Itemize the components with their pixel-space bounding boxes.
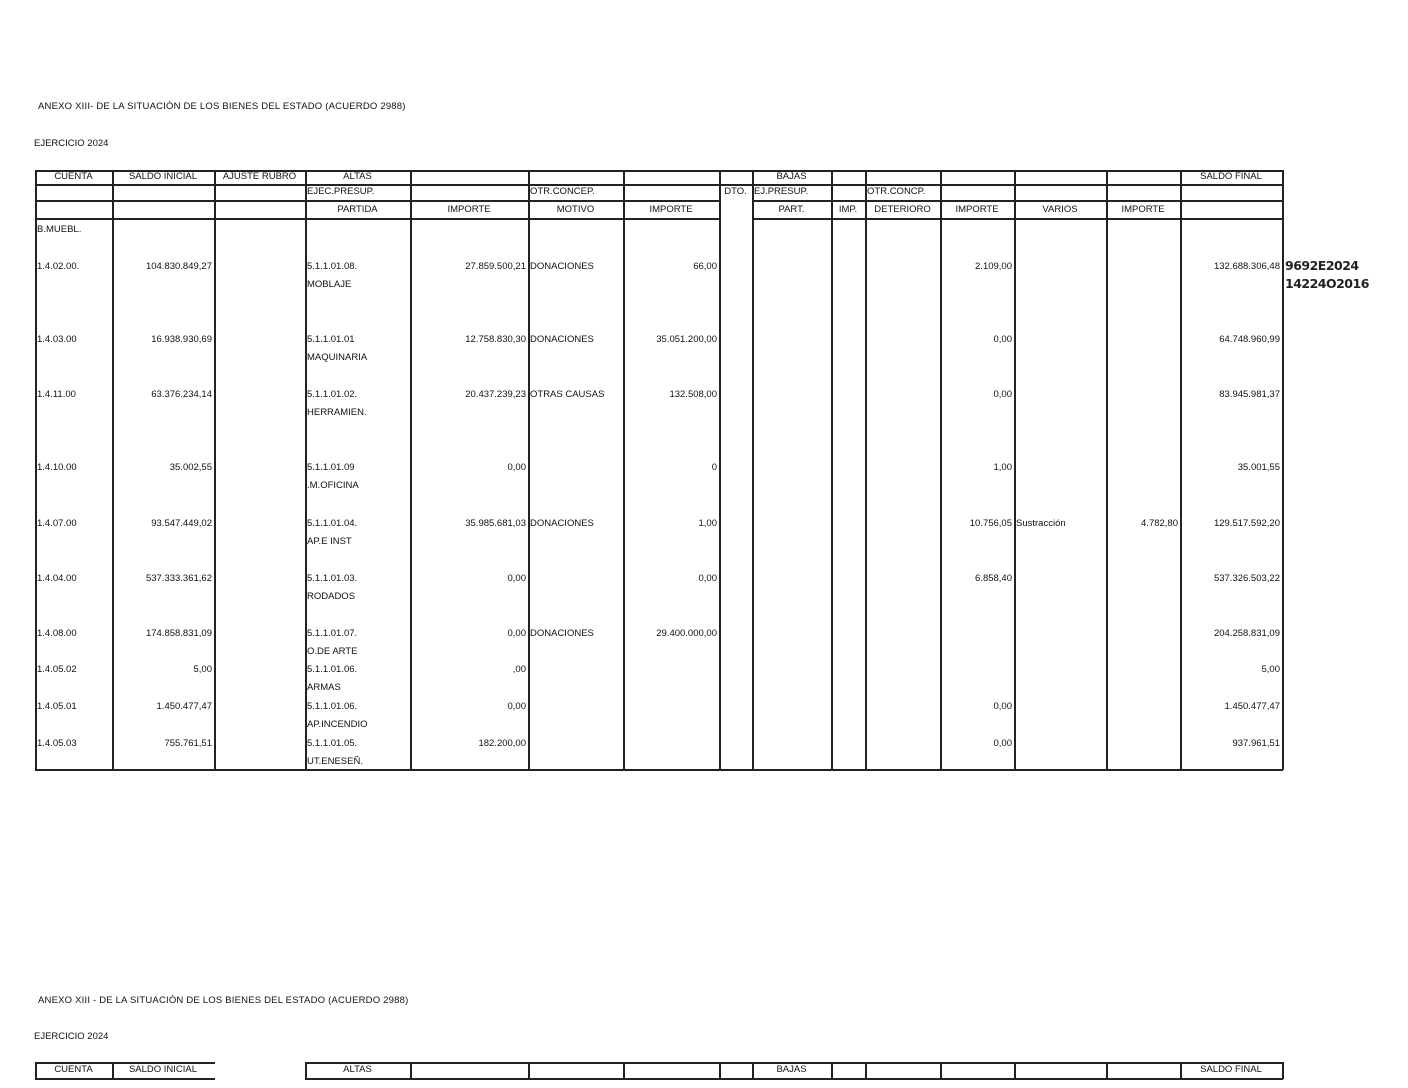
row-partida-desc: MAQUINARIA bbox=[307, 352, 408, 364]
header-part: PART. bbox=[754, 204, 829, 216]
grid-line bbox=[752, 200, 1283, 202]
exercise-label-page-2: EJERCICIO 2024 bbox=[34, 1031, 108, 1042]
row-saldo-final: 1.450.477,47 bbox=[1182, 701, 1280, 713]
row-partida: 5.1.1.01.07. bbox=[307, 628, 408, 640]
row-cuenta: 1.4.02.00. bbox=[37, 261, 110, 273]
grid-line bbox=[752, 218, 1283, 220]
row-importe-otr: 66,00 bbox=[625, 261, 717, 273]
grid-line bbox=[1014, 170, 1016, 770]
row-saldo-inicial: 174.858.831,09 bbox=[114, 628, 212, 640]
row-saldo-final: 129.517.592,20 bbox=[1182, 518, 1280, 530]
row-importe-altas: 182.200,00 bbox=[412, 738, 526, 750]
row-importe-deterioro: 6.858,40 bbox=[942, 573, 1012, 585]
header-importe-otr: IMPORTE bbox=[625, 204, 717, 216]
row-saldo-inicial: 35.002,55 bbox=[114, 462, 212, 474]
exercise-label: EJERCICIO 2024 bbox=[34, 138, 108, 149]
grid-line bbox=[865, 170, 867, 770]
grid-line bbox=[410, 1062, 412, 1079]
grid-line bbox=[305, 1078, 1283, 1080]
grid-line bbox=[214, 170, 216, 770]
row-importe-altas: 0,00 bbox=[412, 462, 526, 474]
row-motivo: OTRAS CAUSAS bbox=[530, 389, 621, 401]
row-saldo-inicial: 1.450.477,47 bbox=[114, 701, 212, 713]
header-bajas: BAJAS bbox=[754, 1064, 829, 1076]
row-importe-deterioro: 0,00 bbox=[942, 701, 1012, 713]
header-saldo-final: SALDO FINAL bbox=[1182, 171, 1280, 183]
row-saldo-inicial: 93.547.449,02 bbox=[114, 518, 212, 530]
header-motivo: MOTIVO bbox=[530, 204, 621, 216]
header-cuenta: CUENTA bbox=[37, 171, 110, 183]
grid-line bbox=[1014, 1062, 1016, 1079]
row-importe-otr: 0 bbox=[625, 462, 717, 474]
row-importe-altas: 35.985.681,03 bbox=[412, 518, 526, 530]
section-label: B.MUEBL. bbox=[37, 224, 110, 236]
row-motivo: DONACIONES bbox=[530, 334, 621, 346]
header-ej-presup: EJ.PRESUP. bbox=[754, 186, 829, 198]
row-partida-desc: RODADOS bbox=[307, 591, 408, 603]
header-ajuste-rubro: AJUSTE RUBRO bbox=[216, 171, 303, 183]
row-saldo-final: 5,00 bbox=[1182, 664, 1280, 676]
row-saldo-final: 204.258.831,09 bbox=[1182, 628, 1280, 640]
header-partida: PARTIDA bbox=[307, 204, 408, 216]
row-cuenta: 1.4.10.00 bbox=[37, 462, 110, 474]
row-partida-desc: AP.INCENDIO bbox=[307, 719, 408, 731]
row-importe-deterioro: 10.756,05 bbox=[942, 518, 1012, 530]
row-saldo-final: 132.688.306,48 bbox=[1182, 261, 1280, 273]
row-partida: 5.1.1.01.06. bbox=[307, 701, 408, 713]
row-importe-otr: 1,00 bbox=[625, 518, 717, 530]
header-importe-varios: IMPORTE bbox=[1108, 204, 1178, 216]
row-importe-otr: 35.051.200,00 bbox=[625, 334, 717, 346]
row-cuenta: 1.4.03.00 bbox=[37, 334, 110, 346]
row-varios: Sustracción bbox=[1016, 518, 1104, 530]
row-cuenta: 1.4.05.03 bbox=[37, 738, 110, 750]
row-importe-altas: 27.859.500,21 bbox=[412, 261, 526, 273]
row-importe-altas: 20.437.239,23 bbox=[412, 389, 526, 401]
row-importe-altas: 0,00 bbox=[412, 573, 526, 585]
grid-line bbox=[1282, 1062, 1284, 1079]
row-saldo-final: 83.945.981,37 bbox=[1182, 389, 1280, 401]
row-partida: 5.1.1.01.08. bbox=[307, 261, 408, 273]
row-importe-altas: 0,00 bbox=[412, 701, 526, 713]
row-importe-altas: 0,00 bbox=[412, 628, 526, 640]
stamp-line-1: 9692E2024 bbox=[1285, 258, 1359, 273]
header-importe-altas: IMPORTE bbox=[412, 204, 526, 216]
header-altas: ALTAS bbox=[307, 171, 408, 183]
row-saldo-final: 64.748.960,99 bbox=[1182, 334, 1280, 346]
header-otr-concp: OTR.CONCP. bbox=[867, 186, 938, 198]
grid-line bbox=[528, 170, 530, 770]
row-saldo-inicial: 104.830.849,27 bbox=[114, 261, 212, 273]
grid-line bbox=[752, 170, 754, 770]
header-saldo-inicial: SALDO INICIAL bbox=[114, 171, 212, 183]
row-importe-varios: 4.782,80 bbox=[1108, 518, 1178, 530]
grid-line bbox=[35, 1078, 215, 1080]
header-ejec-presup: EJEC.PRESUP. bbox=[307, 186, 408, 198]
row-partida-desc: HERRAMIEN. bbox=[307, 407, 408, 419]
row-partida: 5.1.1.01.03. bbox=[307, 573, 408, 585]
grid-line bbox=[528, 1062, 530, 1079]
row-cuenta: 1.4.05.01 bbox=[37, 701, 110, 713]
row-cuenta: 1.4.11.00 bbox=[37, 389, 110, 401]
row-importe-deterioro: 0,00 bbox=[942, 738, 1012, 750]
row-partida-desc: MOBLAJE bbox=[307, 279, 408, 291]
header-altas: ALTAS bbox=[307, 1064, 408, 1076]
grid-line bbox=[35, 184, 1283, 186]
document-title-page-2: ANEXO XIII - DE LA SITUACIÓN DE LOS BIEN… bbox=[38, 995, 408, 1006]
row-cuenta: 1.4.05.02 bbox=[37, 664, 110, 676]
row-partida: 5.1.1.01.04. bbox=[307, 518, 408, 530]
grid-line bbox=[623, 1062, 625, 1079]
grid-line bbox=[1282, 170, 1284, 770]
grid-line bbox=[940, 1062, 942, 1079]
row-importe-deterioro: 0,00 bbox=[942, 389, 1012, 401]
row-partida: 5.1.1.01.02. bbox=[307, 389, 408, 401]
header-importe-deterioro: IMPORTE bbox=[942, 204, 1012, 216]
row-cuenta: 1.4.04.00 bbox=[37, 573, 110, 585]
row-saldo-inicial: 5,00 bbox=[114, 664, 212, 676]
header-imp: IMP. bbox=[833, 204, 863, 216]
grid-line bbox=[1106, 170, 1108, 770]
grid-line bbox=[831, 170, 833, 770]
header-saldo-inicial: SALDO INICIAL bbox=[114, 1064, 212, 1076]
row-saldo-inicial: 537.333.361,62 bbox=[114, 573, 212, 585]
header-dto: DTO. bbox=[721, 186, 750, 198]
grid-line bbox=[35, 200, 719, 202]
grid-line bbox=[1106, 1062, 1108, 1079]
row-importe-otr: 0,00 bbox=[625, 573, 717, 585]
document-title: ANEXO XIII- DE LA SITUACIÓN DE LOS BIENE… bbox=[38, 101, 406, 112]
grid-line bbox=[35, 218, 719, 220]
row-saldo-final: 35.001,55 bbox=[1182, 462, 1280, 474]
row-partida-desc: .M.OFICINA bbox=[307, 480, 408, 492]
row-motivo: DONACIONES bbox=[530, 628, 621, 640]
grid-line bbox=[719, 170, 721, 770]
header-bajas: BAJAS bbox=[754, 171, 829, 183]
row-partida: 5.1.1.01.06. bbox=[307, 664, 408, 676]
grid-line bbox=[865, 1062, 867, 1079]
row-importe-otr: 29.400.000,00 bbox=[625, 628, 717, 640]
row-importe-deterioro: 0,00 bbox=[942, 334, 1012, 346]
header-deterioro: DETERIORO bbox=[867, 204, 938, 216]
row-importe-deterioro: 1,00 bbox=[942, 462, 1012, 474]
header-varios: VARIOS bbox=[1016, 204, 1104, 216]
row-partida-desc: ARMAS bbox=[307, 682, 408, 694]
row-partida: 5.1.1.01.01 bbox=[307, 334, 408, 346]
row-partida-desc: UT.ENESEÑ. bbox=[307, 756, 408, 768]
row-cuenta: 1.4.07.00 bbox=[37, 518, 110, 530]
header-cuenta: CUENTA bbox=[37, 1064, 110, 1076]
row-partida: 5.1.1.01.05. bbox=[307, 738, 408, 750]
header-saldo-final: SALDO FINAL bbox=[1182, 1064, 1280, 1076]
row-motivo: DONACIONES bbox=[530, 518, 621, 530]
row-importe-altas: ,00 bbox=[412, 664, 526, 676]
row-saldo-inicial: 16.938.930,69 bbox=[114, 334, 212, 346]
row-importe-altas: 12.758.830,30 bbox=[412, 334, 526, 346]
grid-line bbox=[831, 1062, 833, 1079]
row-motivo: DONACIONES bbox=[530, 261, 621, 273]
stamp-line-2: 14224O2016 bbox=[1285, 276, 1369, 291]
row-partida-desc: O.DE ARTE bbox=[307, 646, 408, 658]
row-importe-deterioro: 2.109,00 bbox=[942, 261, 1012, 273]
grid-line bbox=[719, 1062, 721, 1079]
row-importe-otr: 132.508,00 bbox=[625, 389, 717, 401]
row-saldo-inicial: 755.761,51 bbox=[114, 738, 212, 750]
header-otr-concep: OTR.CONCEP. bbox=[530, 186, 621, 198]
row-saldo-inicial: 63.376.234,14 bbox=[114, 389, 212, 401]
row-saldo-final: 937.961,51 bbox=[1182, 738, 1280, 750]
grid-line bbox=[35, 769, 1283, 771]
row-partida: 5.1.1.01.09 bbox=[307, 462, 408, 474]
row-saldo-final: 537.326.503,22 bbox=[1182, 573, 1280, 585]
row-partida-desc: AP.E INST bbox=[307, 536, 408, 548]
row-cuenta: 1.4.08.00 bbox=[37, 628, 110, 640]
